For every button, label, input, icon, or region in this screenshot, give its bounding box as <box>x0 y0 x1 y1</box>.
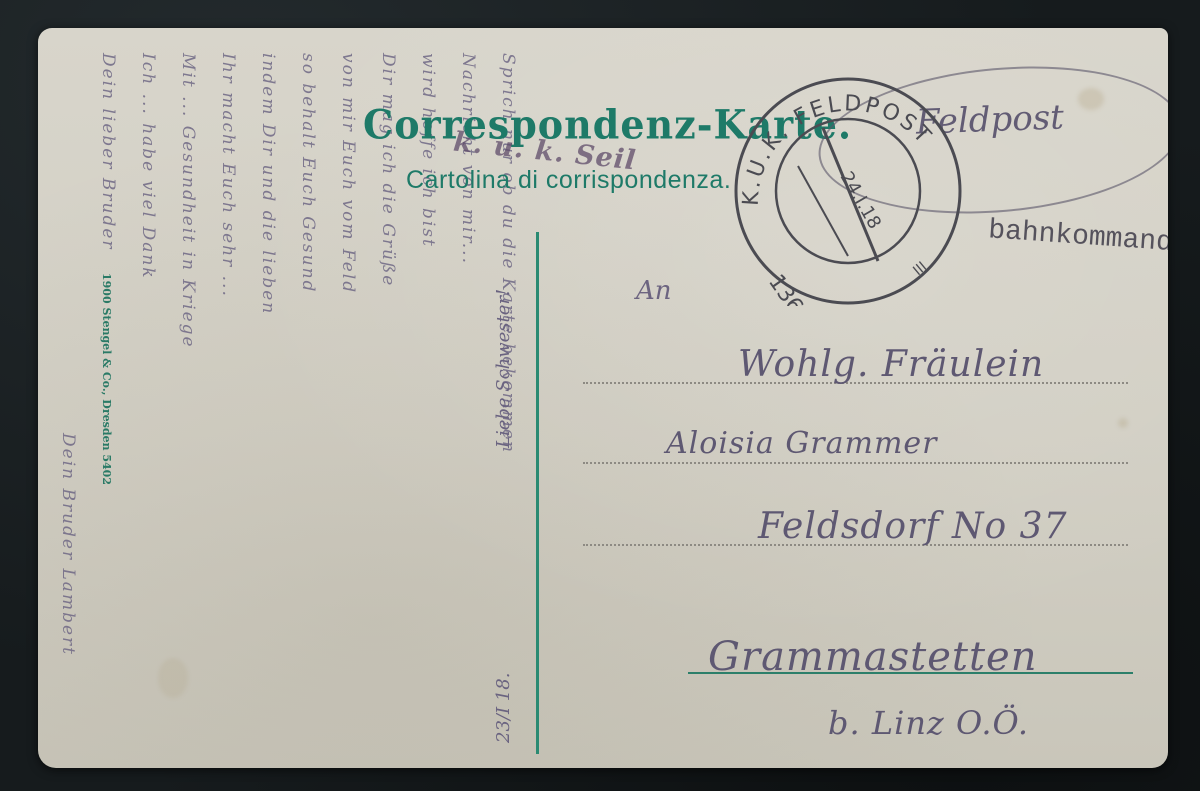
stain <box>1118 418 1128 428</box>
message-line: Mit ... Gesundheit in Kriege <box>178 53 198 349</box>
feldpost-postmark-icon: K.U.K. FELDPOST 136 24.I.18 III <box>728 66 968 306</box>
message-line: indem Dir und die lieben <box>258 53 278 315</box>
message-line: Ich ... habe viel Dank <box>138 53 158 280</box>
card-title-italian: Cartolina di corrispondenza. <box>406 166 731 195</box>
address-prefix: An <box>636 276 672 306</box>
svg-text:III: III <box>910 259 930 279</box>
address-line-5: b. Linz O.Ö. <box>828 704 1029 742</box>
vertical-divider <box>536 232 539 754</box>
svg-text:24.I.18: 24.I.18 <box>836 168 885 233</box>
message-line: Dein lieber Bruder <box>98 53 118 251</box>
message-line: von mir Euch vom Feld <box>338 53 358 294</box>
salutation: Liebe Schwester! <box>493 289 514 448</box>
signature: Dein Bruder Lambert <box>58 433 78 656</box>
address-line <box>583 462 1128 464</box>
message-line: so behalt Euch Gesund <box>298 53 318 293</box>
address-line-2: Aloisia Grammer <box>666 426 938 461</box>
address-line-4: Grammastetten <box>708 634 1037 680</box>
handwritten-message: Sprich nur ob du die Karte bekommen Nach… <box>58 53 518 753</box>
message-date: 23/I 18. <box>493 673 514 743</box>
message-line: Dir mag ich die Grüße <box>378 53 398 287</box>
message-line: Ihr macht Euch sehr ... <box>218 53 238 298</box>
printer-imprint: 1900 Stengel & Co., Dresden 5402 <box>100 273 113 485</box>
unit-stamp-tail: bahnkommando Ci <box>987 215 1168 264</box>
postcard: Sprich nur ob du die Karte bekommen Nach… <box>38 28 1168 768</box>
address-line-3: Feldsdorf No 37 <box>758 506 1067 547</box>
address-line-1: Wohlg. Fräulein <box>738 344 1044 385</box>
svg-text:136: 136 <box>763 270 808 306</box>
message-line: wird hoffe ich bist <box>418 53 438 248</box>
